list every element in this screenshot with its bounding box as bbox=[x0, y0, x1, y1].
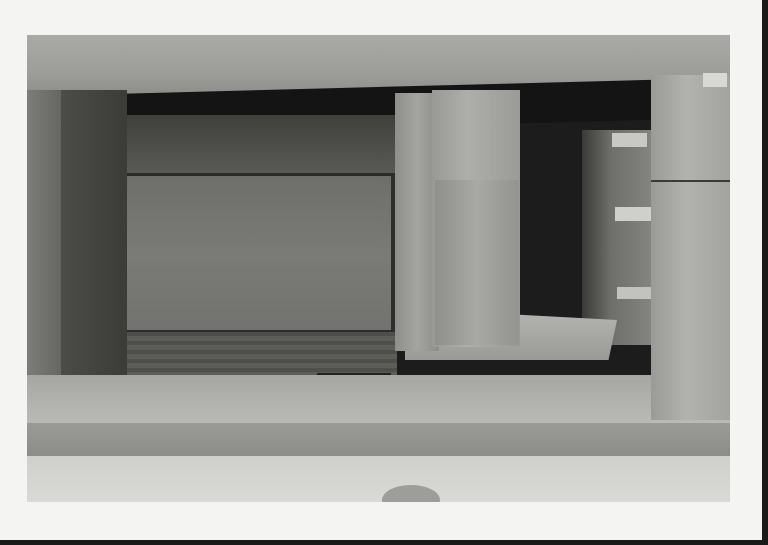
back-upper-board bbox=[127, 115, 395, 175]
vertical-board-lower bbox=[435, 180, 519, 345]
mortar-patch bbox=[612, 133, 647, 147]
photograph bbox=[27, 35, 730, 502]
center-panel bbox=[127, 173, 395, 333]
scan-edge-right bbox=[762, 0, 768, 545]
right-post bbox=[651, 75, 730, 420]
right-post-cap bbox=[703, 73, 727, 87]
lower-planks bbox=[127, 330, 397, 378]
sill-ledge bbox=[27, 423, 730, 456]
scan-edge-bottom bbox=[0, 540, 768, 545]
foreground-ground bbox=[27, 456, 730, 502]
mortar-patch bbox=[617, 287, 653, 299]
right-post-seam bbox=[651, 180, 730, 182]
brick-pier bbox=[582, 130, 654, 345]
mortar-patch bbox=[615, 207, 651, 221]
dirt-floor bbox=[27, 375, 730, 430]
